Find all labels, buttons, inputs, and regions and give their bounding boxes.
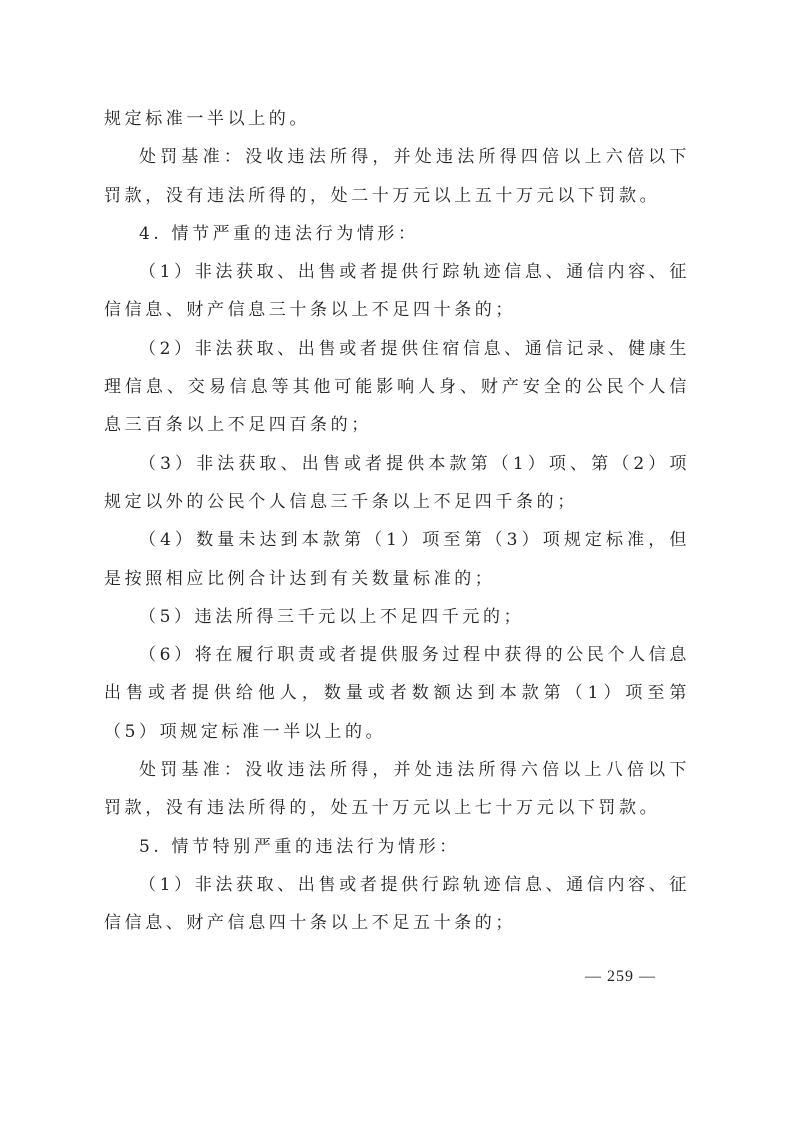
- list-item-4-2: （2）非法获取、出售或者提供住宿信息、通信记录、健康生理信息、交易信息等其他可能…: [104, 330, 690, 445]
- list-item-4-3: （3）非法获取、出售或者提供本款第（1）项、第（2）项规定以外的公民个人信息三千…: [104, 445, 690, 522]
- page-number: — 259 —: [585, 968, 656, 986]
- list-item-4-6: （6）将在履行职责或者提供服务过程中获得的公民个人信息出售或者提供给他人，数量或…: [104, 636, 690, 751]
- list-item-5-1: （1）非法获取、出售或者提供行踪轨迹信息、通信内容、征信信息、财产信息四十条以上…: [104, 866, 690, 943]
- paragraph-penalty-basis-1: 处罚基准：没收违法所得，并处违法所得四倍以上六倍以下罚款，没有违法所得的，处二十…: [104, 138, 690, 215]
- list-item-4-5: （5）违法所得三千元以上不足四千元的；: [104, 598, 690, 636]
- section-heading-5: 5. 情节特别严重的违法行为情形：: [104, 828, 690, 866]
- paragraph-continuation: 规定标准一半以上的。: [104, 100, 690, 138]
- list-item-4-1: （1）非法获取、出售或者提供行踪轨迹信息、通信内容、征信信息、财产信息三十条以上…: [104, 253, 690, 330]
- section-heading-4: 4. 情节严重的违法行为情形：: [104, 215, 690, 253]
- document-body: 规定标准一半以上的。 处罚基准：没收违法所得，并处违法所得四倍以上六倍以下罚款，…: [104, 100, 690, 943]
- list-item-4-4: （4）数量未达到本款第（1）项至第（3）项规定标准，但是按照相应比例合计达到有关…: [104, 521, 690, 598]
- paragraph-penalty-basis-2: 处罚基准：没收违法所得，并处违法所得六倍以上八倍以下罚款，没有违法所得的，处五十…: [104, 751, 690, 828]
